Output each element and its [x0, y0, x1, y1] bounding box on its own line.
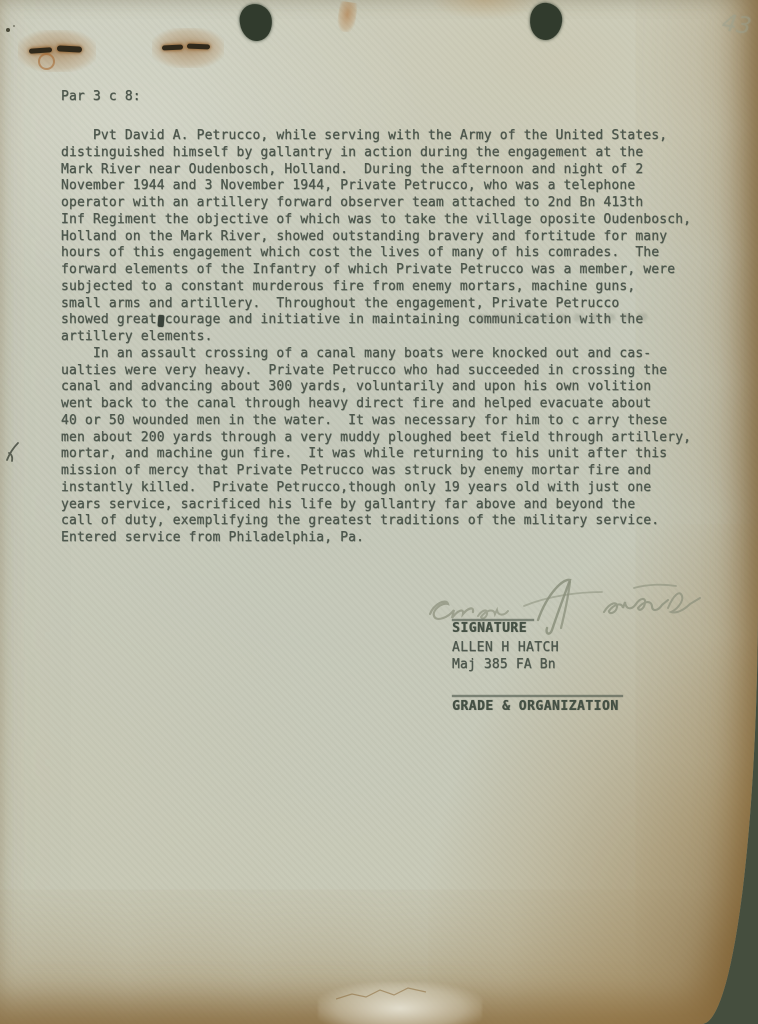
staple-mark-left [26, 38, 88, 64]
scanned-document-page: 43 Par 3 c 8: Pvt David A. Petrucco, whi… [0, 0, 758, 1024]
punch-hole-left [238, 2, 275, 43]
rust-stain [336, 1, 358, 33]
staple-bar [187, 44, 210, 50]
signature-label: SIGNATURE [452, 621, 527, 636]
ink-blot [158, 315, 165, 327]
signer-name: ALLEN H HATCH [452, 640, 559, 655]
grade-organization-label: GRADE & ORGANIZATION [452, 699, 619, 714]
page-number-note: 43 [720, 10, 753, 40]
citation-body-text: Pvt David A. Petrucco, while serving wit… [61, 128, 691, 547]
rust-ring [38, 53, 55, 70]
rust-streak [430, 0, 540, 20]
staple-mark-right [160, 36, 216, 60]
grade-rule-line [452, 695, 623, 697]
pencil-check-mark [2, 438, 24, 466]
paragraph-heading: Par 3 c 8: [61, 88, 141, 105]
signer-grade: Maj 385 FA Bn [452, 657, 556, 672]
paper-crack [336, 984, 436, 1004]
ink-speck [6, 28, 10, 32]
paper-sheet: 43 Par 3 c 8: Pvt David A. Petrucco, whi… [0, 0, 758, 1024]
pencil-smudge [478, 313, 650, 321]
staple-bar [57, 45, 82, 52]
